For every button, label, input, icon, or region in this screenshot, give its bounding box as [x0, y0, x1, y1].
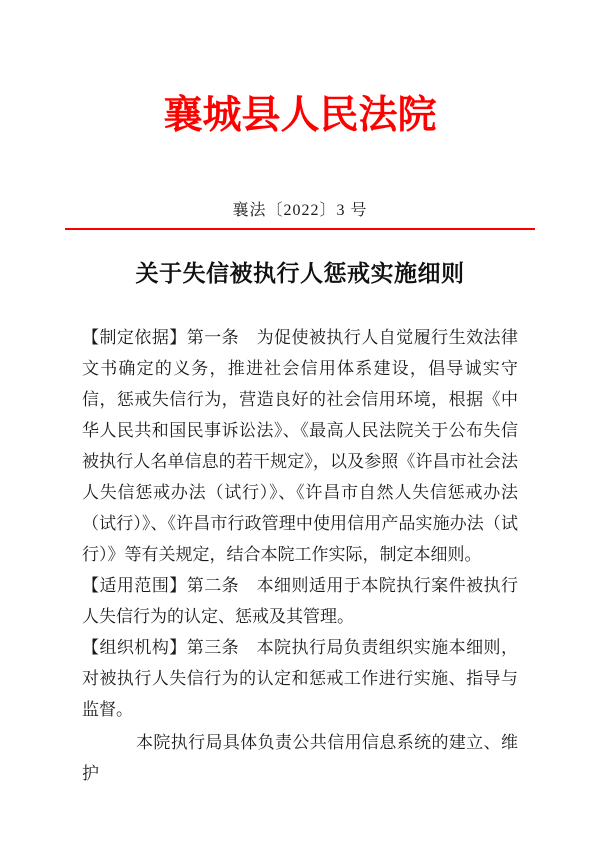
red-divider-line — [65, 228, 535, 230]
document-page: 襄城县人民法院 襄法〔2022〕3 号 关于失信被执行人惩戒实施细则 【制定依据… — [0, 0, 600, 849]
document-body: 【制定依据】第一条 为促使被执行人自觉履行生效法律文书确定的义务，推进社会信用体… — [82, 322, 518, 789]
paragraph: 本院执行局具体负责公共信用信息系统的建立、维护 — [82, 727, 518, 789]
document-title: 关于失信被执行人惩戒实施细则 — [0, 258, 600, 290]
paragraph: 【适用范围】第二条 本细则适用于本院执行案件被执行人失信行为的认定、惩戒及其管理… — [82, 570, 518, 632]
paragraph: 【组织机构】第三条 本院执行局负责组织实施本细则，对被执行人失信行为的认定和惩戒… — [82, 632, 518, 725]
paragraph: 【制定依据】第一条 为促使被执行人自觉履行生效法律文书确定的义务，推进社会信用体… — [82, 322, 518, 570]
court-header-title: 襄城县人民法院 — [0, 92, 600, 140]
document-number: 襄法〔2022〕3 号 — [0, 201, 600, 221]
